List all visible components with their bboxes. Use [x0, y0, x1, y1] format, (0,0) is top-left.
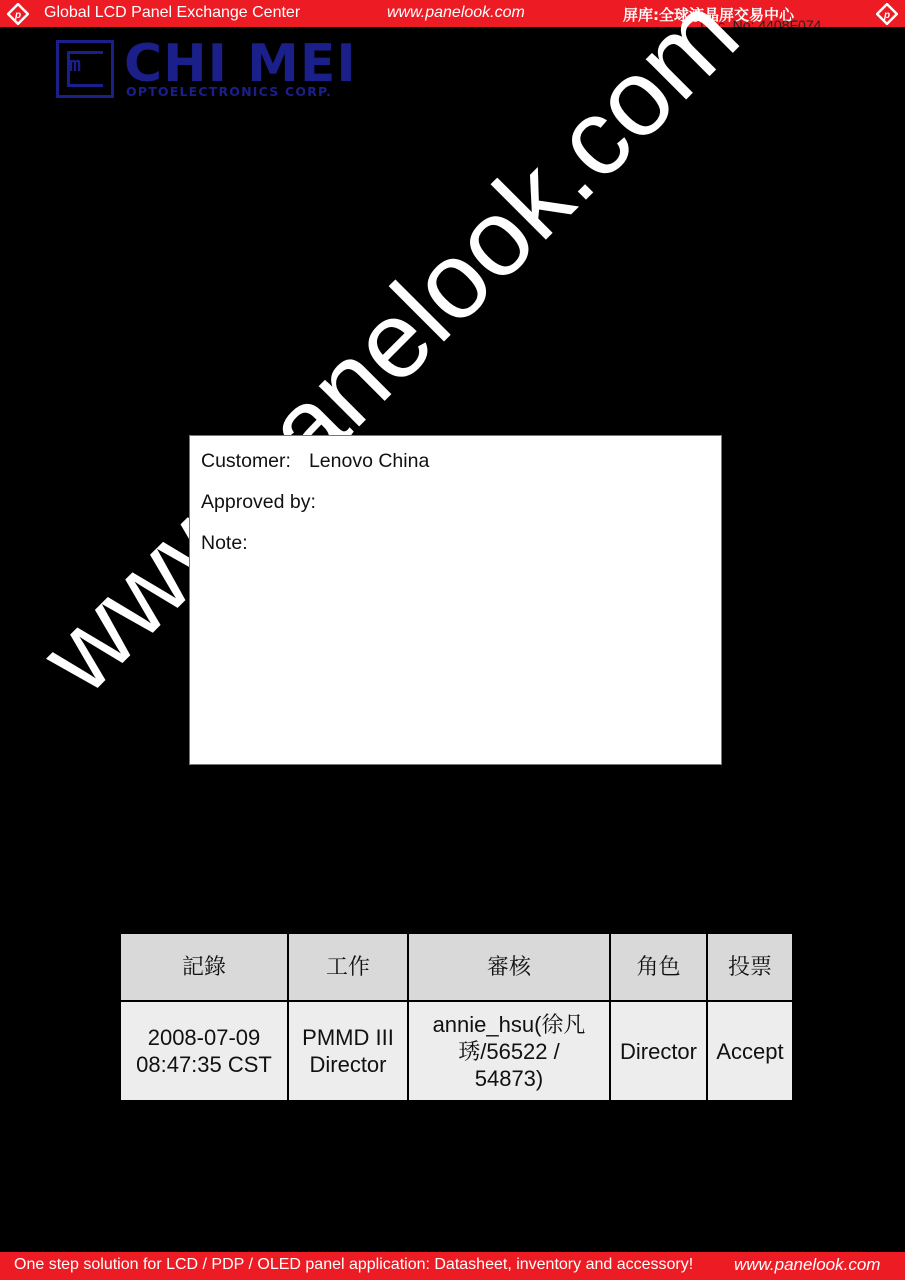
panelook-logo-icon: p — [7, 3, 29, 25]
svg-text:p: p — [14, 10, 21, 21]
review-table: 記錄 工作 審核 角色 投票 2008-07-09 08:47:35 CST P… — [119, 932, 794, 1102]
chi-mei-logo-mark-icon: m — [56, 40, 114, 98]
cell-role: Director — [610, 1001, 707, 1101]
cell-job: PMMD III Director — [288, 1001, 408, 1101]
table-row: 2008-07-09 08:47:35 CST PMMD III Directo… — [120, 1001, 793, 1101]
footer-banner: One step solution for LCD / PDP / OLED p… — [0, 1252, 905, 1280]
cell-reviewer: annie_hsu(徐凡 琇/56522 / 54873) — [408, 1001, 610, 1101]
banner-title: Global LCD Panel Exchange Center — [44, 4, 300, 22]
customer-info-box: Customer:Lenovo China Approved by: Note: — [189, 435, 722, 765]
approved-by-label: Approved by: — [201, 491, 316, 514]
banner-url-link[interactable]: www.panelook.com — [387, 4, 525, 22]
header-job: 工作 — [288, 933, 408, 1001]
footer-text: One step solution for LCD / PDP / OLED p… — [14, 1256, 693, 1274]
footer-url-link[interactable]: www.panelook.com — [734, 1255, 880, 1275]
header-vote: 投票 — [707, 933, 793, 1001]
table-header-row: 記錄 工作 審核 角色 投票 — [120, 933, 793, 1001]
header-record: 記錄 — [120, 933, 288, 1001]
cell-record: 2008-07-09 08:47:35 CST — [120, 1001, 288, 1101]
header-role: 角色 — [610, 933, 707, 1001]
customer-value: Lenovo China — [309, 450, 429, 472]
logo-subtitle: OPTOELECTRONICS CORP. — [126, 84, 332, 99]
svg-text:p: p — [883, 10, 890, 21]
customer-label: Customer: — [201, 450, 291, 472]
note-label: Note: — [201, 532, 248, 555]
cell-vote: Accept — [707, 1001, 793, 1101]
customer-row: Customer:Lenovo China — [201, 450, 429, 473]
panelook-logo-icon: p — [876, 3, 898, 25]
header-review: 審核 — [408, 933, 610, 1001]
